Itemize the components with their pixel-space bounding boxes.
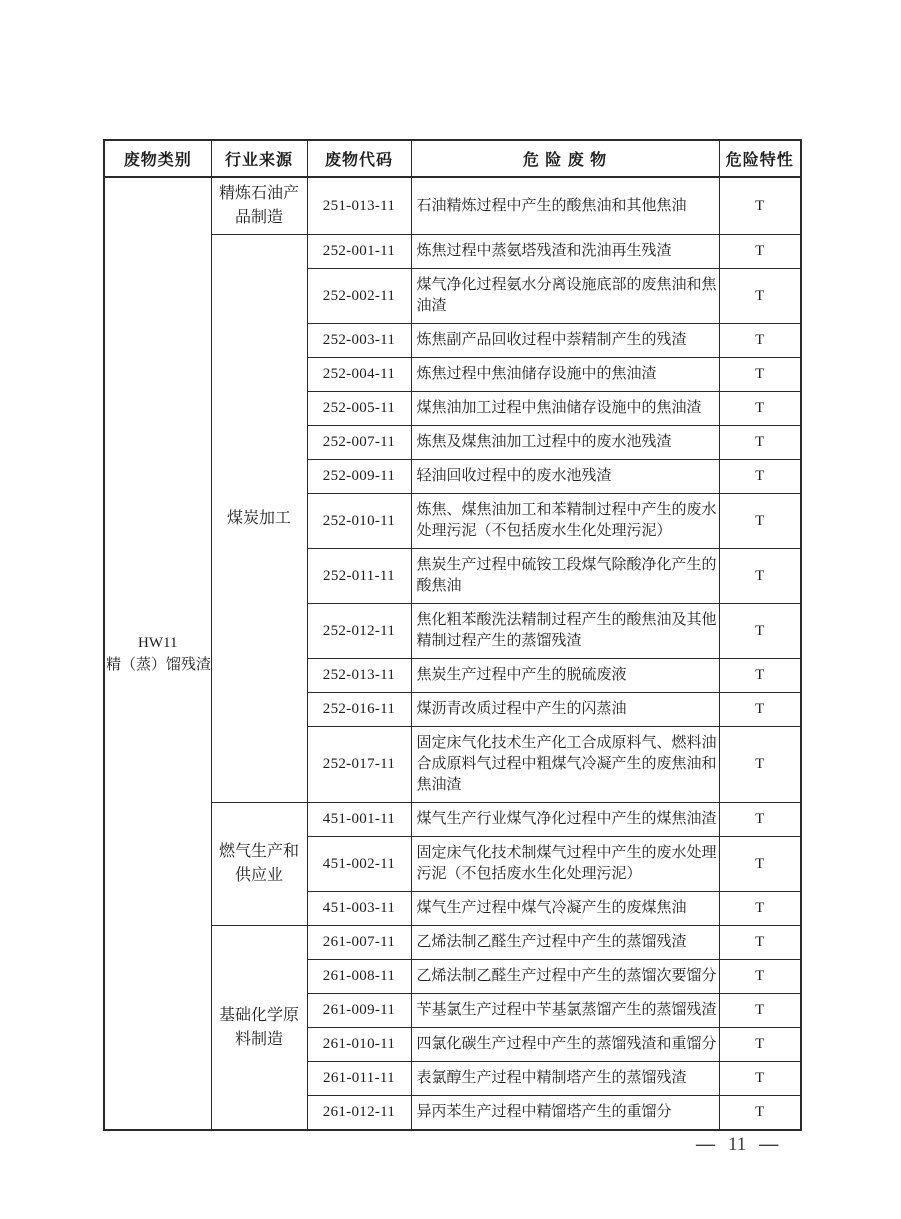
table-row: HW11精（蒸）馏残渣精炼石油产品制造251-013-11石油精炼过程中产生的酸… [104, 177, 801, 235]
hazard-property-cell: T [719, 926, 801, 960]
hazardous-waste-cell: 异丙苯生产过程中精馏塔产生的重馏分 [411, 1096, 719, 1131]
waste-code-cell: 252-004-11 [307, 358, 411, 392]
waste-code-cell: 261-012-11 [307, 1096, 411, 1131]
waste-code-cell: 251-013-11 [307, 177, 411, 235]
hazard-property-cell: T [719, 269, 801, 324]
hazard-property-cell: T [719, 960, 801, 994]
hazardous-waste-cell: 乙烯法制乙醛生产过程中产生的蒸馏残渣 [411, 926, 719, 960]
industry-source-cell: 煤炭加工 [211, 235, 307, 803]
waste-code-cell: 252-013-11 [307, 659, 411, 693]
waste-code-cell: 252-010-11 [307, 494, 411, 549]
industry-source-cell: 燃气生产和供应业 [211, 803, 307, 926]
hazard-property-cell: T [719, 177, 801, 235]
page-number-left-dash: — [696, 1134, 715, 1156]
hazard-property-cell: T [719, 693, 801, 727]
hazardous-waste-cell: 煤气生产过程中煤气冷凝产生的废煤焦油 [411, 892, 719, 926]
col-header-hazardous-waste: 危 险 废 物 [411, 140, 719, 177]
hazardous-waste-cell: 固定床气化技术制煤气过程中产生的废水处理污泥（不包括废水生化处理污泥） [411, 837, 719, 892]
hazardous-waste-cell: 乙烯法制乙醛生产过程中产生的蒸馏次要馏分 [411, 960, 719, 994]
industry-source-cell: 基础化学原料制造 [211, 926, 307, 1131]
hazard-property-cell: T [719, 460, 801, 494]
hazard-property-cell: T [719, 1096, 801, 1131]
hazard-property-cell: T [719, 235, 801, 269]
hazardous-waste-cell: 轻油回收过程中的废水池残渣 [411, 460, 719, 494]
hazard-property-cell: T [719, 324, 801, 358]
waste-code-cell: 261-007-11 [307, 926, 411, 960]
hazardous-waste-cell: 焦炭生产过程中产生的脱硫废液 [411, 659, 719, 693]
waste-code-cell: 252-002-11 [307, 269, 411, 324]
hazard-property-cell: T [719, 727, 801, 803]
hazardous-waste-cell: 煤气净化过程氨水分离设施底部的废焦油和焦油渣 [411, 269, 719, 324]
hazardous-waste-cell: 焦炭生产过程中硫铵工段煤气除酸净化产生的酸焦油 [411, 549, 719, 604]
page-number-right-dash: — [759, 1134, 778, 1156]
hazard-property-cell: T [719, 837, 801, 892]
hazard-property-cell: T [719, 803, 801, 837]
hazardous-waste-cell: 苄基氯生产过程中苄基氯蒸馏产生的蒸馏残渣 [411, 994, 719, 1028]
hazard-property-cell: T [719, 549, 801, 604]
waste-category-cell: HW11精（蒸）馏残渣 [104, 177, 211, 1130]
waste-code-cell: 451-001-11 [307, 803, 411, 837]
hazardous-waste-cell: 炼焦副产品回收过程中萘精制产生的残渣 [411, 324, 719, 358]
waste-code-cell: 252-011-11 [307, 549, 411, 604]
hazard-property-cell: T [719, 358, 801, 392]
hazard-property-cell: T [719, 426, 801, 460]
hazardous-waste-cell: 炼焦过程中焦油储存设施中的焦油渣 [411, 358, 719, 392]
waste-code-cell: 451-002-11 [307, 837, 411, 892]
col-header-waste-code: 废物代码 [307, 140, 411, 177]
hazard-property-cell: T [719, 659, 801, 693]
hazard-property-cell: T [719, 604, 801, 659]
col-header-industry-source: 行业来源 [211, 140, 307, 177]
waste-code-cell: 252-016-11 [307, 693, 411, 727]
hazardous-waste-cell: 石油精炼过程中产生的酸焦油和其他焦油 [411, 177, 719, 235]
page-number: — 11 — [696, 1134, 778, 1156]
hazardous-waste-table: 废物类别 行业来源 废物代码 危 险 废 物 危险特性 HW11精（蒸）馏残渣精… [103, 139, 802, 1131]
waste-code-cell: 261-009-11 [307, 994, 411, 1028]
hazardous-waste-cell: 煤气生产行业煤气净化过程中产生的煤焦油渣 [411, 803, 719, 837]
waste-category-name: 精（蒸）馏残渣 [106, 654, 210, 676]
hazardous-waste-cell: 表氯醇生产过程中精制塔产生的蒸馏残渣 [411, 1062, 719, 1096]
waste-code-cell: 252-005-11 [307, 392, 411, 426]
page-number-value: 11 [728, 1134, 746, 1156]
hazard-property-cell: T [719, 892, 801, 926]
hazardous-waste-cell: 煤沥青改质过程中产生的闪蒸油 [411, 693, 719, 727]
waste-code-cell: 261-010-11 [307, 1028, 411, 1062]
waste-code-cell: 252-017-11 [307, 727, 411, 803]
waste-code-cell: 252-001-11 [307, 235, 411, 269]
hazardous-waste-cell: 四氯化碳生产过程中产生的蒸馏残渣和重馏分 [411, 1028, 719, 1062]
table-header-row: 废物类别 行业来源 废物代码 危 险 废 物 危险特性 [104, 140, 801, 177]
table-body: HW11精（蒸）馏残渣精炼石油产品制造251-013-11石油精炼过程中产生的酸… [104, 177, 801, 1130]
waste-code-cell: 252-009-11 [307, 460, 411, 494]
hazard-property-cell: T [719, 494, 801, 549]
hazardous-waste-cell: 炼焦及煤焦油加工过程中的废水池残渣 [411, 426, 719, 460]
waste-code-cell: 451-003-11 [307, 892, 411, 926]
hazardous-waste-cell: 焦化粗苯酸洗法精制过程产生的酸焦油及其他精制过程产生的蒸馏残渣 [411, 604, 719, 659]
waste-code-cell: 252-007-11 [307, 426, 411, 460]
waste-code-cell: 252-012-11 [307, 604, 411, 659]
hazardous-waste-cell: 固定床气化技术生产化工合成原料气、燃料油合成原料气过程中粗煤气冷凝产生的废焦油和… [411, 727, 719, 803]
col-header-hazard-property: 危险特性 [719, 140, 801, 177]
waste-category-code: HW11 [106, 632, 210, 654]
waste-code-cell: 261-011-11 [307, 1062, 411, 1096]
industry-source-cell: 精炼石油产品制造 [211, 177, 307, 235]
col-header-waste-category: 废物类别 [104, 140, 211, 177]
hazardous-waste-cell: 炼焦、煤焦油加工和苯精制过程中产生的废水处理污泥（不包括废水生化处理污泥） [411, 494, 719, 549]
hazardous-waste-cell: 煤焦油加工过程中焦油储存设施中的焦油渣 [411, 392, 719, 426]
hazard-property-cell: T [719, 1028, 801, 1062]
hazard-property-cell: T [719, 1062, 801, 1096]
hazard-property-cell: T [719, 392, 801, 426]
hazardous-waste-cell: 炼焦过程中蒸氨塔残渣和洗油再生残渣 [411, 235, 719, 269]
hazard-property-cell: T [719, 994, 801, 1028]
waste-code-cell: 252-003-11 [307, 324, 411, 358]
waste-code-cell: 261-008-11 [307, 960, 411, 994]
